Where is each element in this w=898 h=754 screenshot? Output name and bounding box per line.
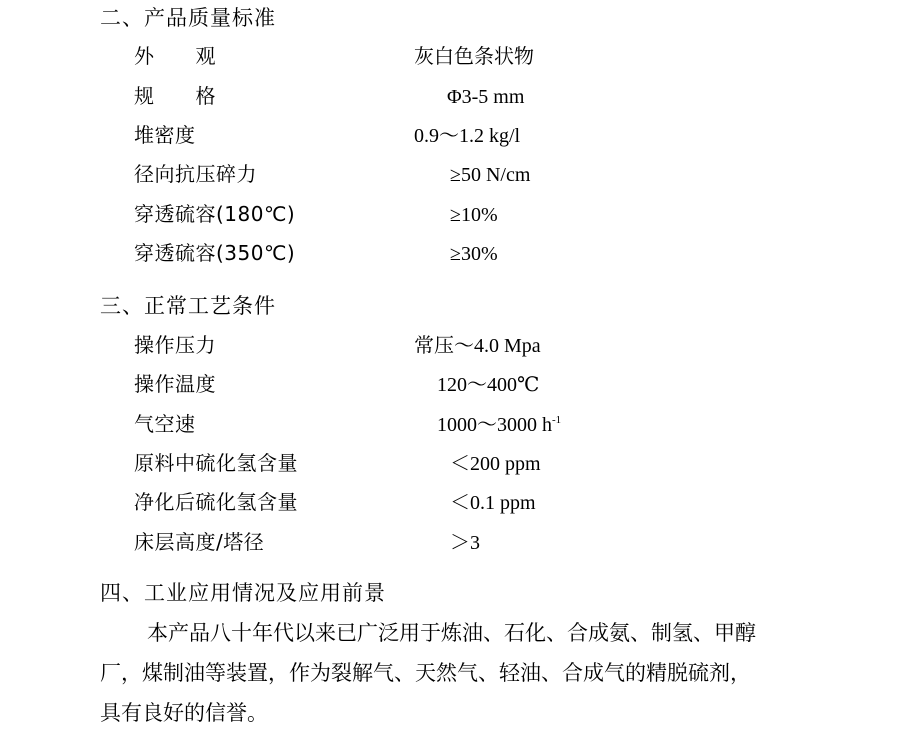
value-space-velocity: 1000～3000 h-1 xyxy=(437,415,561,435)
value-purified-h2s: ＜0.1 ppm xyxy=(450,493,536,513)
label-specification: 规 格 xyxy=(134,86,216,106)
value-operating-pressure: 常压～4.0 Mpa xyxy=(414,336,541,356)
value-bulk-density: 0.9～1.2 kg/l xyxy=(414,126,520,146)
section-heading-process-conditions: 三、正常工艺条件 xyxy=(100,296,276,317)
paragraph-line-3: 具有良好的信誉。 xyxy=(100,703,268,724)
value-crush-strength: ≥50 N/cm xyxy=(450,165,530,185)
label-operating-temperature: 操作温度 xyxy=(134,374,216,394)
label-bed-height-ratio: 床层高度/塔径 xyxy=(134,532,264,552)
value-sulfur-capacity-180: ≥10% xyxy=(450,205,498,225)
paragraph-line-1: 本产品八十年代以来已广泛用于炼油、石化、合成氨、制氢、甲醇 xyxy=(147,623,756,644)
label-space-velocity: 气空速 xyxy=(134,414,196,434)
label-sulfur-capacity-350: 穿透硫容(350℃) xyxy=(134,243,295,263)
label-appearance: 外 观 xyxy=(134,46,216,66)
value-specification: Φ3-5 mm xyxy=(447,87,524,107)
value-appearance: 灰白色条状物 xyxy=(414,46,534,67)
label-crush-strength: 径向抗压碎力 xyxy=(134,164,257,184)
label-sulfur-capacity-180: 穿透硫容(180℃) xyxy=(134,204,295,224)
section-heading-industrial-application: 四、工业应用情况及应用前景 xyxy=(100,583,386,604)
section-heading-quality-standards: 二、产品质量标准 xyxy=(100,8,276,29)
label-operating-pressure: 操作压力 xyxy=(134,335,216,355)
label-purified-h2s: 净化后硫化氢含量 xyxy=(134,492,298,512)
value-sulfur-capacity-350: ≥30% xyxy=(450,244,498,264)
value-operating-temperature: 120～400℃ xyxy=(437,375,539,395)
label-feed-h2s: 原料中硫化氢含量 xyxy=(134,453,298,473)
value-feed-h2s: ＜200 ppm xyxy=(450,454,541,474)
value-bed-height-ratio: ＞3 xyxy=(450,533,480,553)
paragraph-line-2: 厂，煤制油等装置，作为裂解气、天然气、轻油、合成气的精脱硫剂， xyxy=(100,663,751,684)
label-bulk-density: 堆密度 xyxy=(134,125,196,145)
